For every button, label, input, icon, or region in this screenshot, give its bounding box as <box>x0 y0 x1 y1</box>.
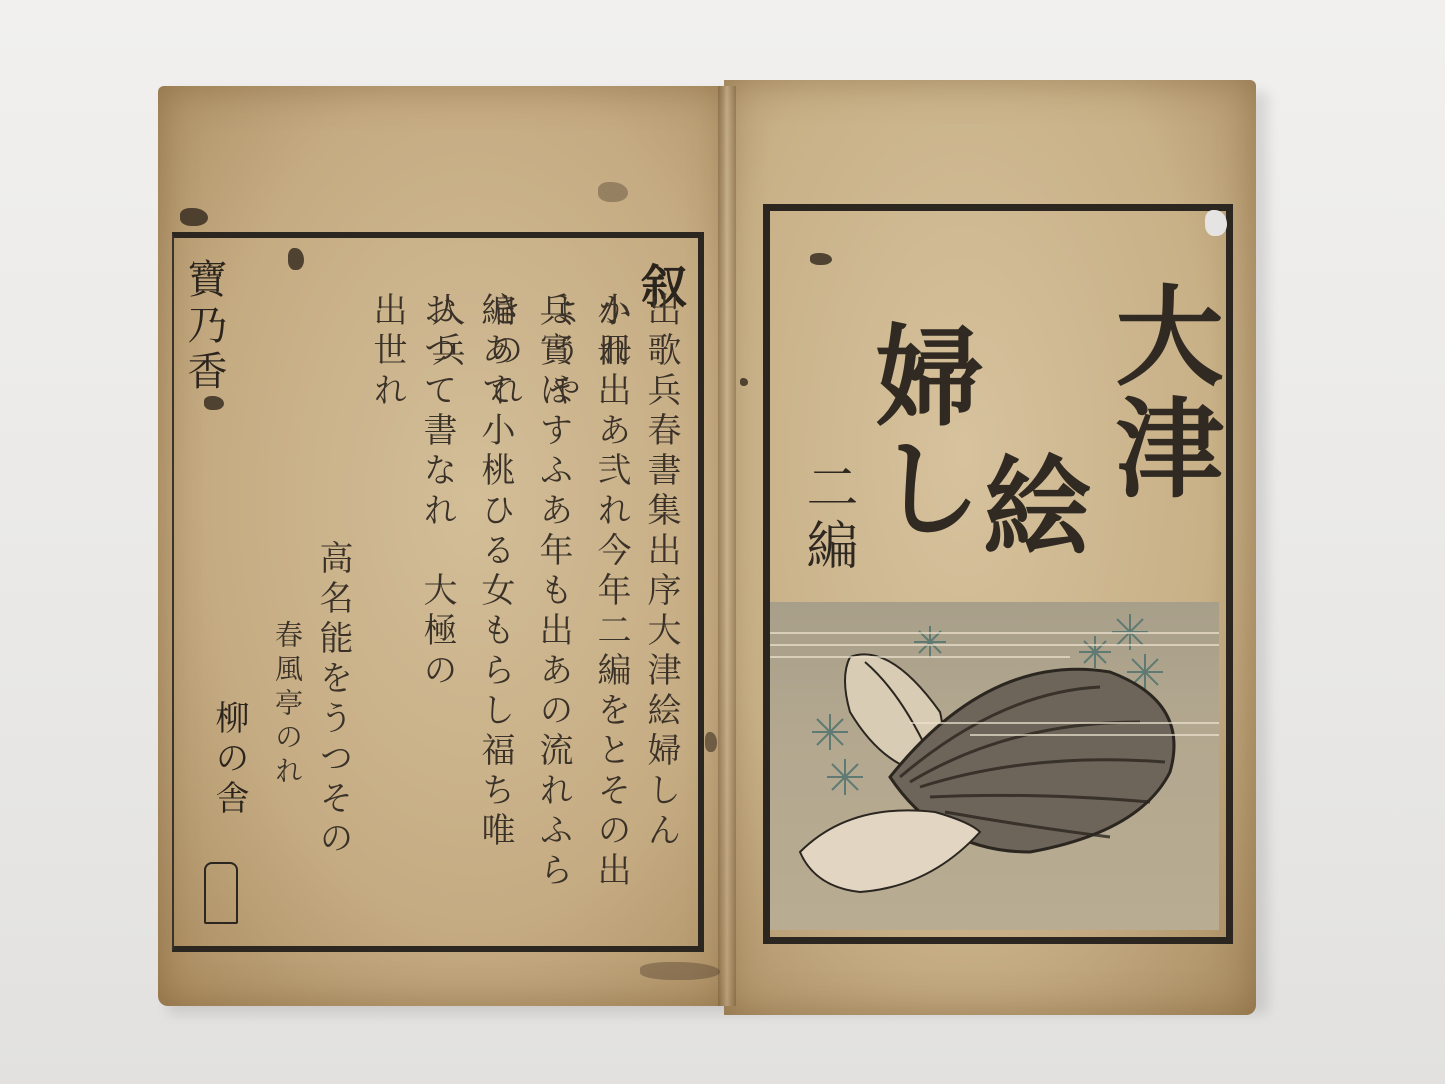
book-gutter <box>718 86 736 1006</box>
damage-spot <box>180 208 208 226</box>
damage-spot <box>204 396 224 410</box>
margin-title: 寶乃香 <box>176 258 233 396</box>
seal-stamp <box>204 862 238 924</box>
damage-spot <box>740 378 748 386</box>
worm-hole <box>1205 210 1227 236</box>
text-column-7: 春風亭のれ <box>262 620 312 880</box>
text-column-5: おつて書なれ 大極の出世れ <box>362 292 462 712</box>
title-char-otsu: 大津 <box>1100 280 1220 504</box>
damage-spot <box>705 732 717 752</box>
title-char-e: 絵 <box>968 450 1088 562</box>
text-column-6: 高名能をうつその <box>308 540 358 900</box>
volume-label: 二編 <box>790 460 865 576</box>
shell-illustration <box>770 602 1219 930</box>
title-char-bushi: 婦し <box>860 320 980 544</box>
signature: 柳の舎 <box>205 700 254 820</box>
damage-spot <box>288 248 304 270</box>
damage-spot <box>640 962 720 980</box>
damage-spot <box>810 253 832 265</box>
damage-spot <box>598 182 628 202</box>
shells-drawing <box>770 602 1219 930</box>
